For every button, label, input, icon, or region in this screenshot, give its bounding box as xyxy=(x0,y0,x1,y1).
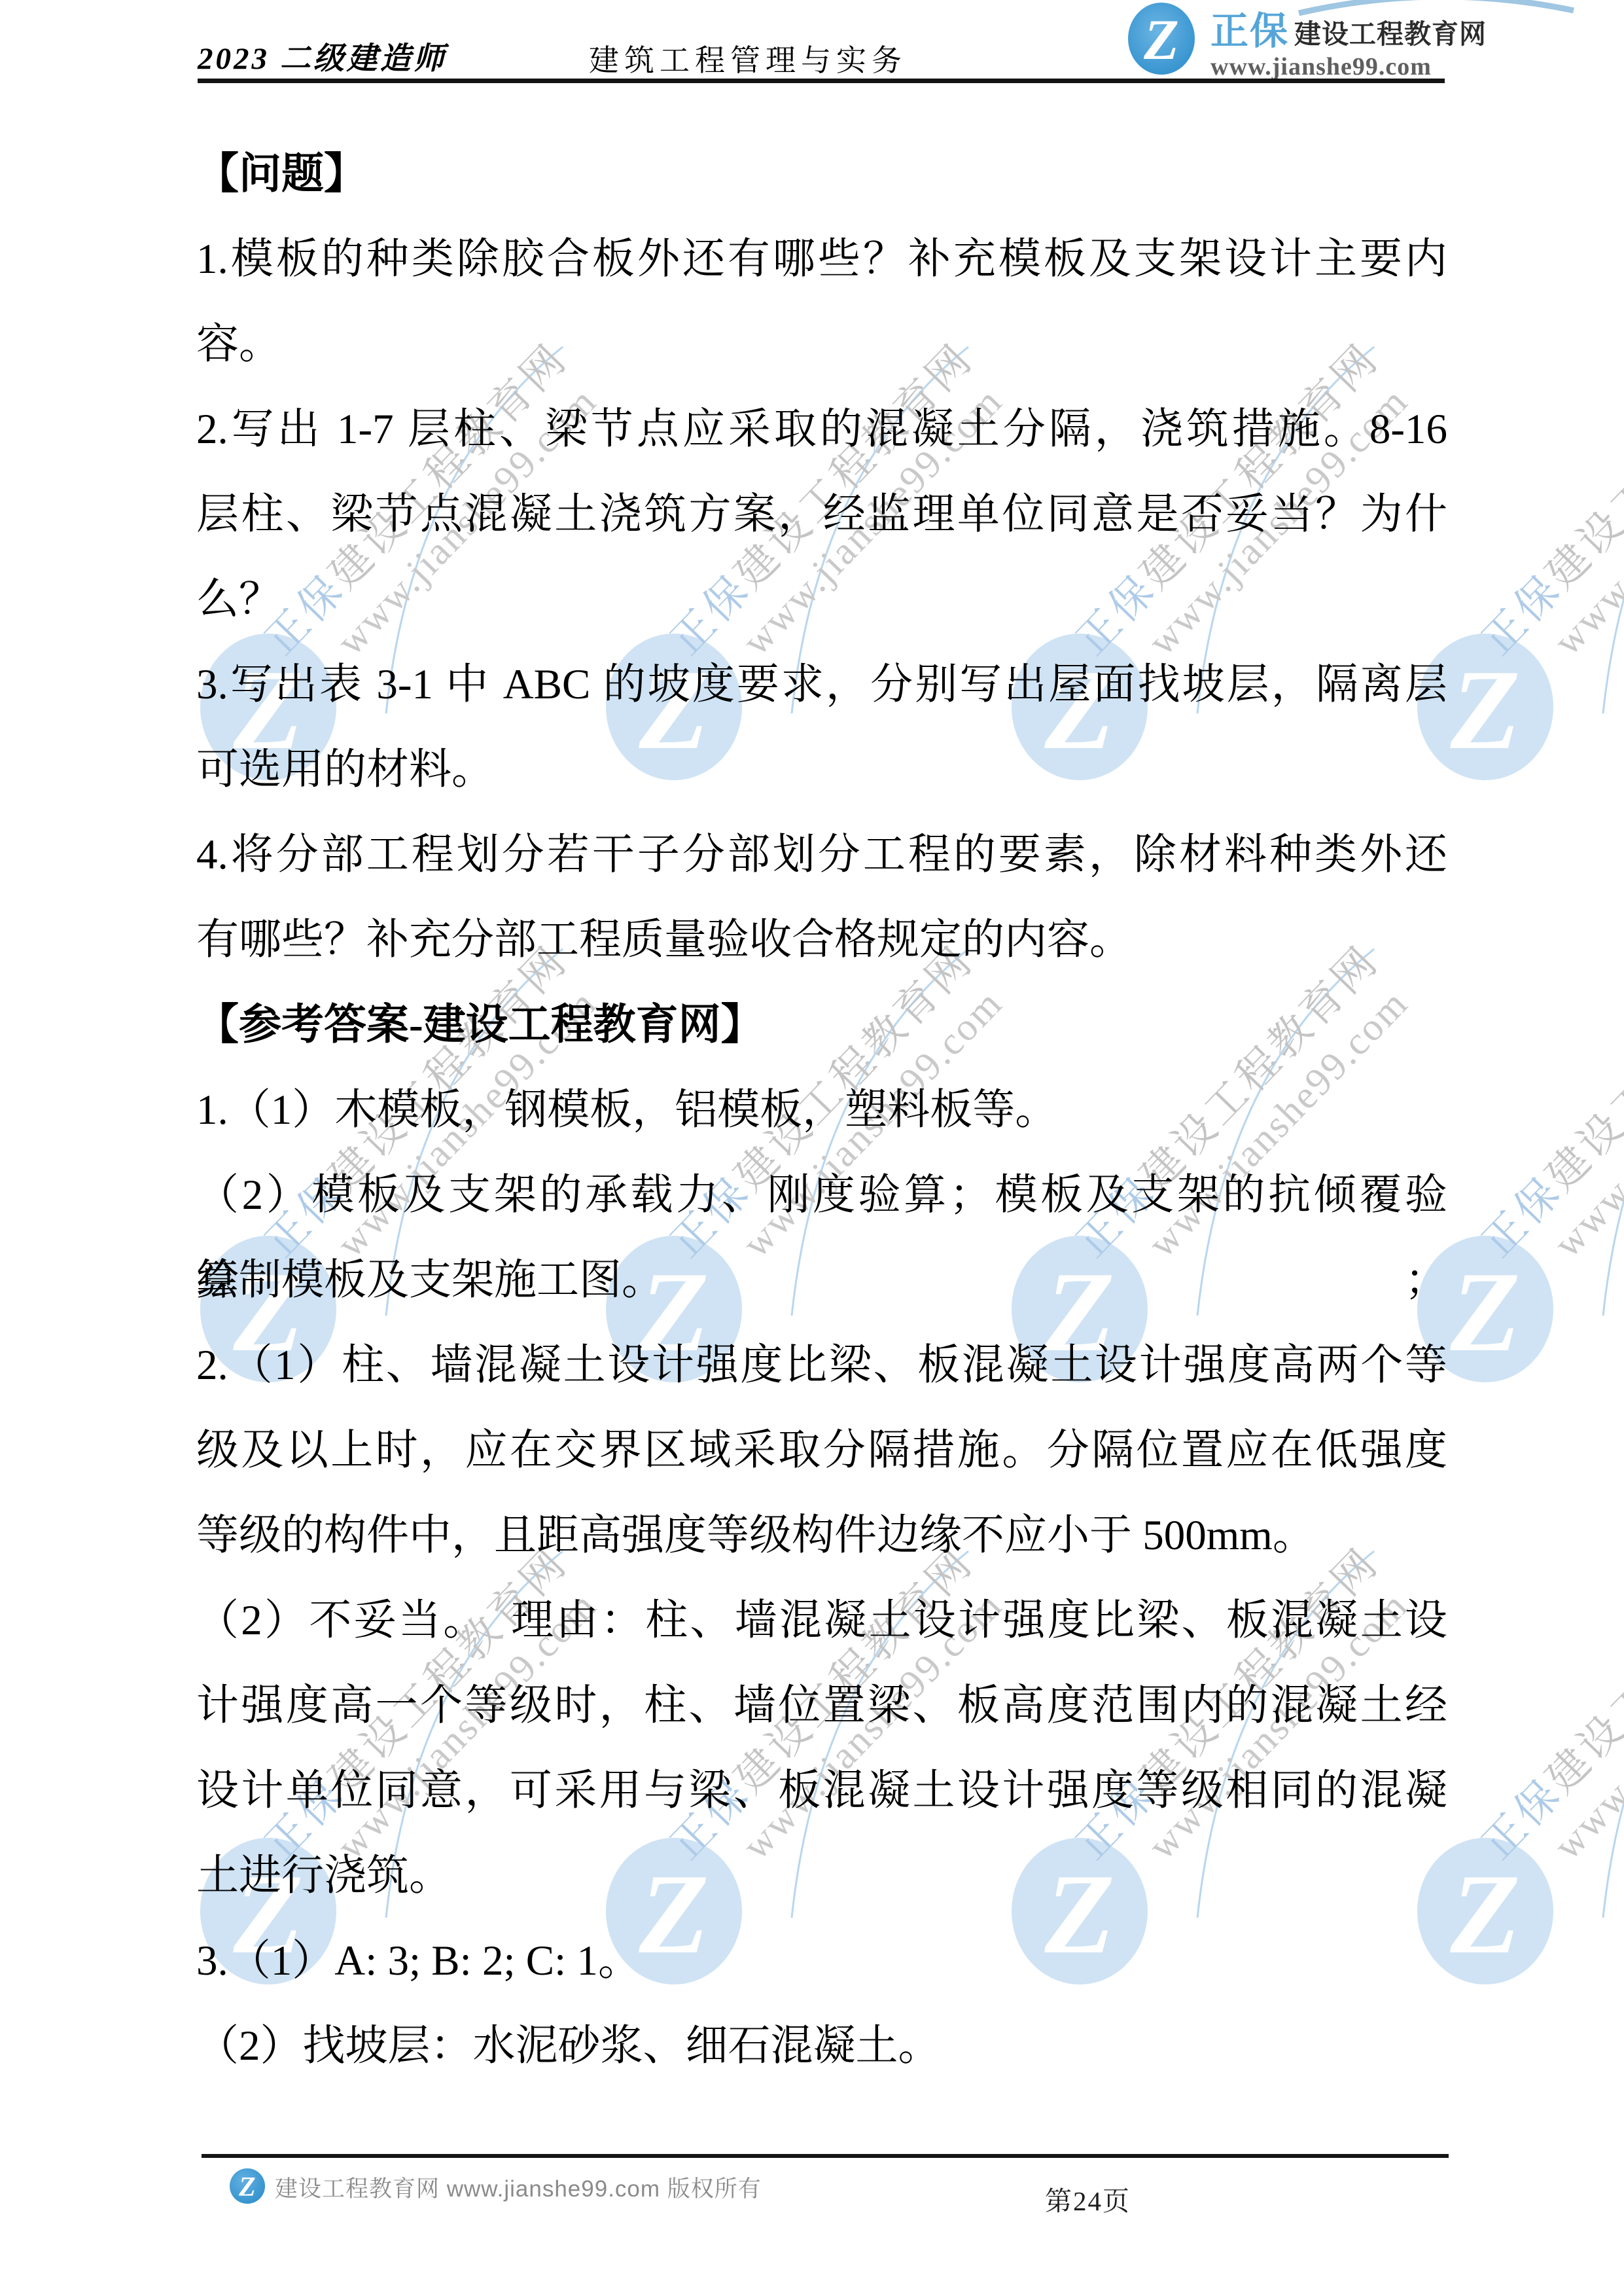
logo-swoosh-icon xyxy=(1296,0,1577,16)
body-line: 层柱、梁节点混凝土浇筑方案，经监理单位同意是否妥当？为什 xyxy=(196,472,1447,557)
body-line: 1.（1）木模板，钢模板，铝模板，塑料板等。 xyxy=(196,1067,1447,1153)
watermark-text: 正保建设工程教育网www.jianshe99.com xyxy=(1472,935,1624,1303)
body-line: 2.写出 1-7 层柱、梁节点应采取的混凝土分隔，浇筑措施。8-16 xyxy=(196,387,1447,472)
body-line: 级及以上时，应在交界区域采取分隔措施。分隔位置应在低强度 xyxy=(196,1408,1447,1493)
brand-site-name: 建设工程教育网 xyxy=(1294,18,1487,50)
body-line: 【问题】 xyxy=(196,132,1447,217)
svg-text:Z: Z xyxy=(238,2172,256,2202)
watermark-swoosh-line xyxy=(1577,337,1624,720)
footer-copyright: 建设工程教育网 www.jianshe99.com 版权所有 xyxy=(275,2171,762,2204)
watermark-text: 正保建设工程教育网www.jianshe99.com xyxy=(1472,1537,1624,1905)
body-line: 么？ xyxy=(196,557,1447,642)
body-line: （2）找坡层：水泥砂浆、细石混凝土。 xyxy=(196,2003,1447,2089)
svg-text:Z: Z xyxy=(1143,9,1179,72)
watermark-swoosh-line xyxy=(1577,939,1624,1322)
watermark-swoosh-line xyxy=(1577,1541,1624,1924)
body-line: 3.写出表 3-1 中 ABC 的坡度要求，分别写出屋面找坡层，隔离层 xyxy=(196,642,1447,727)
document-page: Z正保建设工程教育网www.jianshe99.comZ正保建设工程教育网www… xyxy=(0,0,1624,2296)
brand-url: www.jianshe99.com xyxy=(1210,52,1487,81)
brand-logo-text: 正保 建设工程教育网 www.jianshe99.com xyxy=(1210,1,1487,79)
zhengbao-z-logo-icon: Z xyxy=(1127,1,1196,79)
brand-logo: Z 正保 建设工程教育网 www.jianshe99.com xyxy=(1127,1,1487,79)
footer-branding: Z 建设工程教育网 www.jianshe99.com 版权所有 xyxy=(229,2168,762,2207)
page-number-value: 24 xyxy=(1073,2186,1103,2216)
page-number-prefix: 第 xyxy=(1045,2186,1073,2216)
body-line: （2）不妥当。 理由：柱、墙混凝土设计强度比梁、板混凝土设 xyxy=(196,1578,1447,1663)
body-line: 计强度高一个等级时，柱、墙位置梁、板高度范围内的混凝土经 xyxy=(196,1663,1447,1748)
brand-name: 正保 xyxy=(1210,13,1289,50)
page-number-suffix: 页 xyxy=(1103,2186,1131,2216)
body-line: 可选用的材料。 xyxy=(196,727,1447,812)
svg-text:Z: Z xyxy=(1450,1248,1521,1375)
page-number: 第24页 xyxy=(1045,2179,1131,2218)
body-line: 【参考答案-建设工程教育网】 xyxy=(196,982,1447,1067)
body-line: 等级的构件中，且距高强度等级构件边缘不应小于 500mm。 xyxy=(196,1493,1447,1578)
header-exam-title: 2023 二级建造师 xyxy=(198,34,447,78)
document-body: 【问题】1.模板的种类除胶合板外还有哪些？补充模板及支架设计主要内容。2.写出 … xyxy=(196,132,1447,2089)
body-line: （2）模板及支架的承载力、刚度验算；模板及支架的抗倾覆验算； xyxy=(196,1153,1447,1238)
body-line: 容。 xyxy=(196,302,1447,387)
body-line: 2.（1）柱、墙混凝土设计强度比梁、板混凝土设计强度高两个等 xyxy=(196,1323,1447,1408)
header-divider xyxy=(198,79,1445,83)
svg-text:Z: Z xyxy=(1450,646,1521,773)
footer-logo-icon: Z xyxy=(229,2168,266,2208)
body-line: 3.（1）A: 3; B: 2; C: 1。 xyxy=(196,1918,1447,2003)
body-line: 1.模板的种类除胶合板外还有哪些？补充模板及支架设计主要内 xyxy=(196,217,1447,302)
body-line: 土进行浇筑。 xyxy=(196,1833,1447,1918)
svg-text:Z: Z xyxy=(1450,1850,1521,1977)
body-line: 有哪些？补充分部工程质量验收合格规定的内容。 xyxy=(196,897,1447,982)
header-subject-title: 建筑工程管理与实务 xyxy=(589,37,907,80)
watermark-text: 正保建设工程教育网www.jianshe99.com xyxy=(1472,333,1624,701)
body-line: 4.将分部工程划分若干子分部划分工程的要素，除材料种类外还 xyxy=(196,812,1447,897)
body-line: 设计单位同意，可采用与梁、板混凝土设计强度等级相同的混凝 xyxy=(196,1748,1447,1833)
footer-divider xyxy=(202,2154,1449,2158)
